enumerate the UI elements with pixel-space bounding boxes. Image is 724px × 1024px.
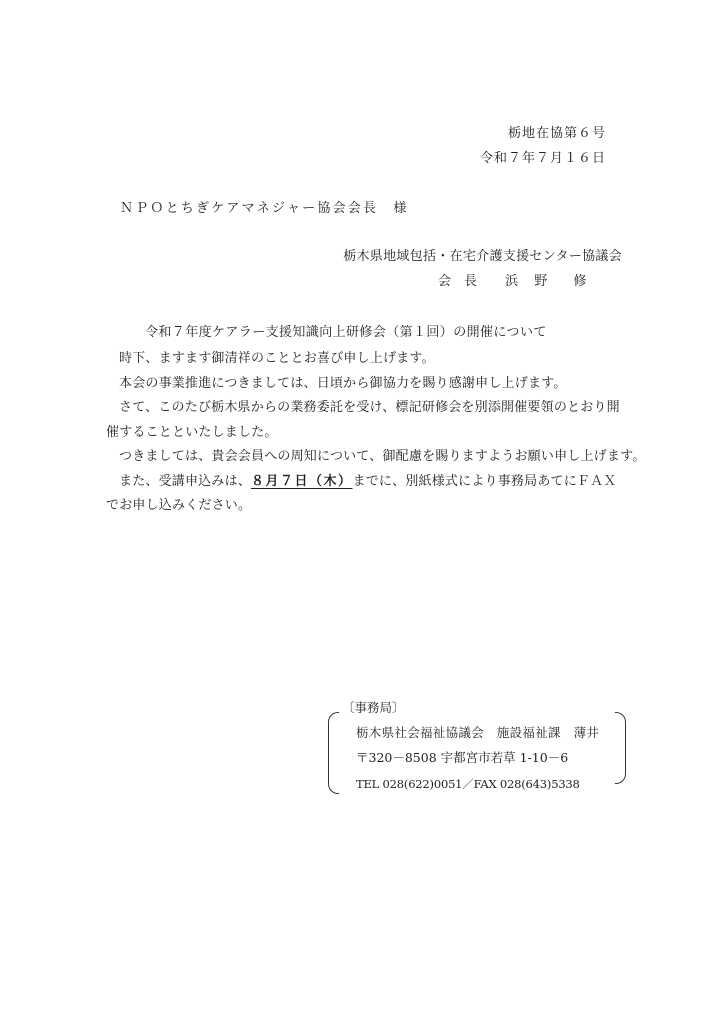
deadline-intro: また、受講申込みは、: [119, 474, 251, 489]
secretariat-contact-box: 〔事務局〕 栃木県社会福祉協議会 施設福祉課 薄井 〒320－8508 宇都宮市…: [328, 698, 626, 796]
secretariat-title: 〔事務局〕: [342, 700, 405, 716]
sender-name-part: 修: [573, 274, 586, 290]
deadline-date: ８月７日（木）: [251, 474, 353, 489]
body-paragraph: 本会の事業推進につきましては、日頃から御協力を賜り感謝申し上げます。: [106, 372, 626, 397]
body-paragraph: つきましては、貴会会員への周知について、御配慮を賜りますようお願い申し上げます。: [106, 445, 626, 470]
sender-title: 会 長: [438, 274, 477, 290]
secretariat-phone-fax: TEL 028(622)0051／FAX 028(643)5338: [356, 776, 580, 792]
sender-name-part: 野: [534, 274, 547, 290]
sender-name-part: 浜: [505, 274, 518, 290]
document-page: 栃地在協第６号 令和７年７月１６日 ＮＰＯとちぎケアマネジャー協会会長 様 栃木…: [0, 0, 724, 1024]
left-bracket: [328, 712, 339, 794]
right-bracket: [615, 712, 626, 784]
document-date: 令和７年７月１６日: [480, 151, 606, 167]
body-paragraph-deadline: また、受講申込みは、８月７日（木）までに、別紙様式により事務局あてにＦＡＸでお申…: [106, 470, 626, 519]
secretariat-address: 〒320－8508 宇都宮市若草 1-10－6: [356, 750, 568, 766]
letter-body: 時下、ますます御清祥のこととお喜び申し上げます。 本会の事業推進につきましては、…: [106, 347, 626, 519]
sender-name: 会 長 浜 野 修: [438, 274, 586, 290]
secretariat-organization: 栃木県社会福祉協議会 施設福祉課 薄井: [356, 725, 599, 741]
body-paragraph: 時下、ますます御清祥のこととお喜び申し上げます。: [106, 347, 626, 372]
subject-heading: 令和７年度ケアラー支援知識向上研修会（第１回）の開催について: [145, 325, 547, 341]
document-number: 栃地在協第６号: [508, 126, 606, 142]
body-paragraph: さて、このたび栃木県からの業務委託を受け、標記研修会を別添開催要領のとおり開催す…: [106, 396, 626, 445]
addressee: ＮＰＯとちぎケアマネジャー協会会長 様: [120, 201, 409, 217]
sender-organization: 栃木県地域包括・在宅介護支援センター協議会: [343, 249, 622, 265]
